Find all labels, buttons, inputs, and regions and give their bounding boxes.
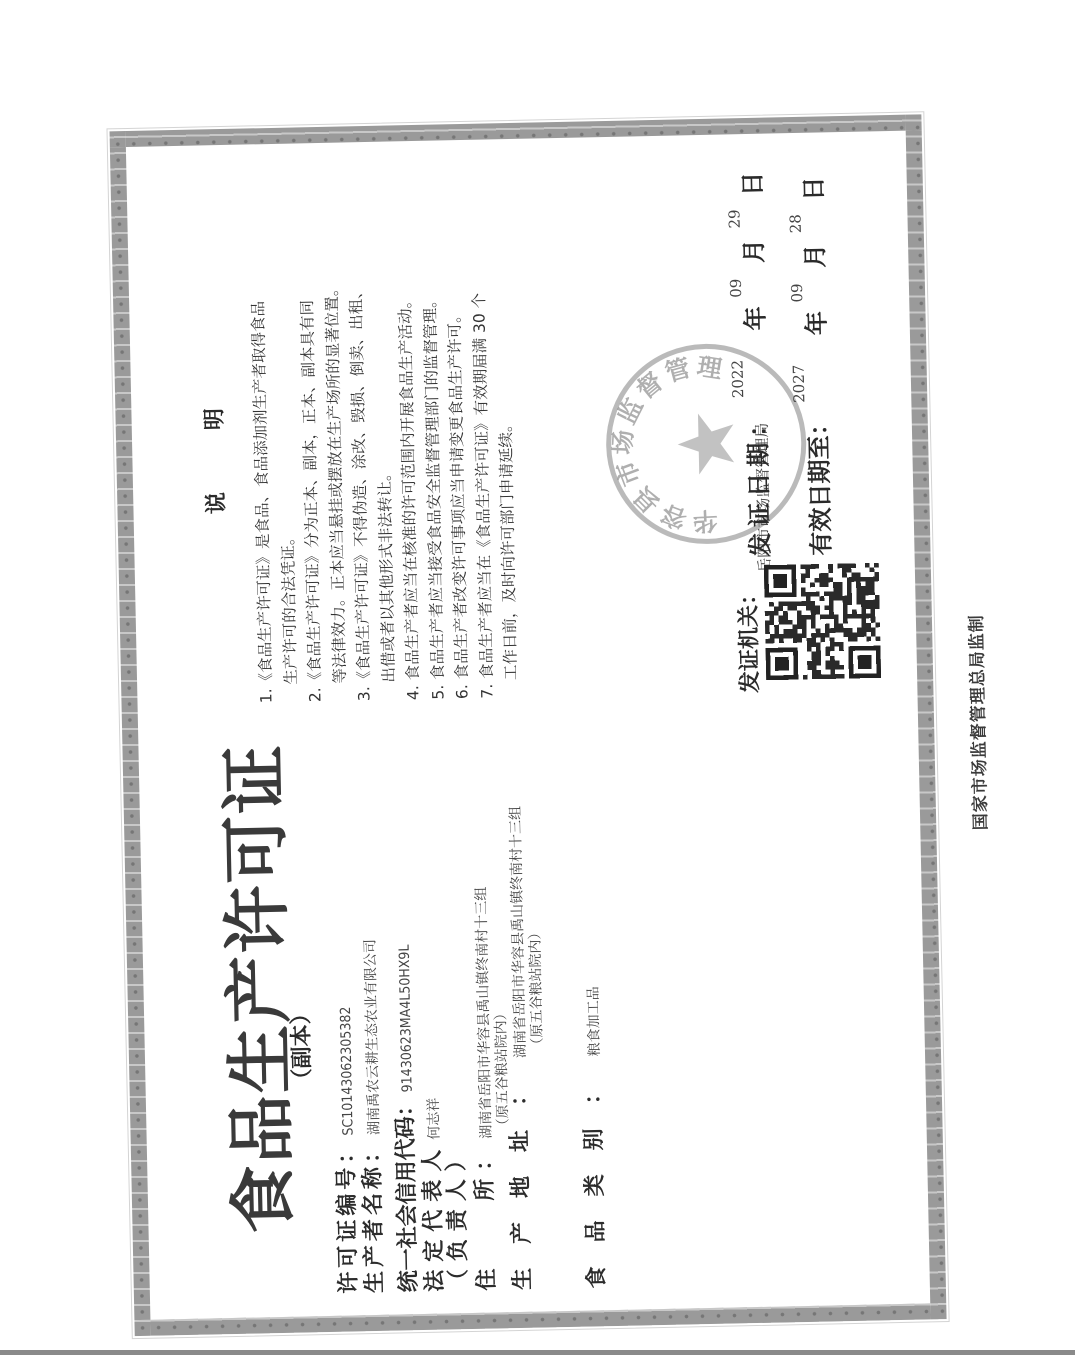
production-address-label: 生产地址：	[501, 1060, 537, 1291]
issue-date-month: 09	[727, 279, 745, 298]
producer-name-label: 生产者名称：	[355, 1137, 389, 1294]
production-address-value: 湖南省岳阳市华容县禹山镇终南村十三组 （原五谷粮站院内）	[508, 805, 547, 1058]
legal-representative-value: 何志祥	[423, 1098, 444, 1140]
qr-code-icon	[764, 560, 881, 682]
food-production-license-document: 食品生产许可证 （副本） 许可证编号： SC10143062305382 生产者…	[109, 98, 1015, 1346]
notes-list: 1.《食品生产许可证》是食品、食品添加剂生产者取得食品生产许可的合法凭证。 2.…	[243, 138, 524, 704]
expiry-date-day: 28	[786, 214, 804, 233]
residence-label: 住 所：	[467, 1140, 501, 1291]
expiry-date-label: 有效日期至：	[804, 411, 836, 556]
food-category-row: 食品类别： 粮食加工品	[574, 986, 611, 1289]
footer-supervisor: 国家市场监督管理总局监制	[962, 614, 992, 830]
scanner-bottom-edge	[0, 1350, 1075, 1355]
official-seal: 华容县市场监督管理局	[604, 342, 808, 546]
notes-title: 说 明	[197, 388, 231, 515]
food-category-label: 食品类别：	[575, 1058, 611, 1289]
issue-date-label: 发证日期：	[742, 407, 774, 558]
issue-date-year: 2022	[728, 360, 747, 399]
document-title: 食品生产许可证	[200, 743, 307, 1235]
document-subtitle: （副本）	[284, 1002, 317, 1091]
expiry-date-month: 09	[788, 283, 806, 302]
credit-code-value: 91430623MA4L50HX9L	[397, 944, 416, 1092]
producer-name-value: 湖南禹农云耕生态农业有限公司	[360, 939, 384, 1135]
issuer-label: 发证机关：	[731, 583, 764, 694]
expiry-date-year: 2027	[790, 364, 809, 403]
food-category-value: 粮食加工品	[583, 986, 604, 1056]
issue-date-day: 29	[725, 209, 743, 228]
